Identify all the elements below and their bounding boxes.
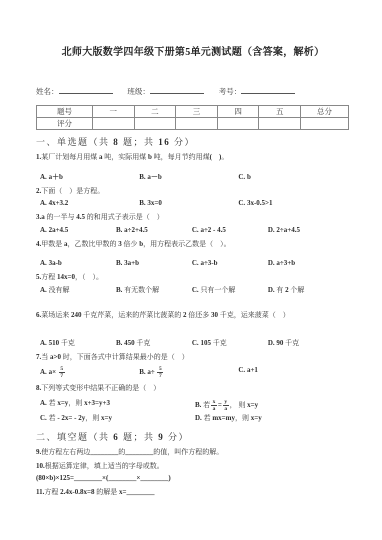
option-item: B. 有无数个解 — [116, 286, 192, 295]
option-item: D. 有 2 个解 — [268, 286, 344, 295]
options-row: A. a× 57B. a÷ 57C. a+1 — [36, 366, 350, 379]
score-row-label: 评分 — [37, 117, 93, 129]
score-cell-empty — [176, 117, 218, 129]
options-row: A. a＋bB. a－bC. b — [36, 173, 350, 182]
score-cell-empty — [217, 117, 259, 129]
question-sections: 一、单选题（共 8 题；共 16 分）1.某厂计划每月用煤 a 吨，实际用煤 b… — [36, 137, 350, 497]
option-item: A. 3a-b — [40, 259, 116, 268]
question-text: 5.方程 14x=0，（ ）。 — [36, 273, 350, 282]
option-item: D. 若 mx=my，则 x=y — [195, 414, 350, 423]
score-cell-empty — [259, 117, 301, 129]
question-fill-line: (80×b)×125=________×(________×________) — [36, 474, 350, 483]
option-item: B. a－b — [139, 173, 238, 182]
exam-no-blank — [241, 86, 295, 94]
score-table: 题号 一 二 三 四 五 总分 评分 — [36, 105, 349, 130]
option-item: C. 3x-0.5>1 — [238, 199, 337, 208]
option-item: C. 若 - 2x= - 2y，则 x=y — [40, 414, 195, 423]
option-item: C. a÷3-b — [192, 259, 268, 268]
option-item: A. 若 x=y，则 x+3=y+3 — [40, 399, 195, 412]
options-row: A. 若 x=y，则 x+3=y+3B. 若xa=ya， 则 x=yC. 若 -… — [36, 397, 350, 423]
section-heading: 一、单选题（共 8 题；共 16 分） — [36, 137, 350, 148]
test-paper-page: 北师大版数学四年级下册第5单元测试题（含答案，解析） 姓名： 班级： 考号： 题… — [0, 0, 382, 540]
fraction: 57 — [157, 366, 163, 379]
question-text: 7.当 a>0 时，下面各式中计算结果最小的是（ ） — [36, 353, 350, 362]
option-item: A. 2a+4.5 — [40, 226, 116, 235]
section-heading: 二、填空题（共 6 题；共 9 分） — [36, 432, 350, 443]
score-header-cell: 一 — [93, 105, 135, 117]
class-blank — [150, 86, 204, 94]
score-header-cell: 二 — [134, 105, 176, 117]
name-label: 姓名： — [36, 87, 59, 96]
options-row: A. 510 千克B. 450 千克C. 105 千克D. 90 千克 — [36, 339, 350, 348]
option-item: C. 只有一个解 — [192, 286, 268, 295]
option-item: A. 4x+3.2 — [40, 199, 139, 208]
question-text: 1.某厂计划每月用煤 a 吨，实际用煤 b 吨，每月节约用煤( )。 — [36, 153, 350, 162]
score-table-score-row: 评分 — [37, 117, 349, 129]
fraction: xa — [211, 399, 217, 412]
option-item: B. a÷2+4.5 — [116, 226, 192, 235]
fraction: 57 — [59, 366, 65, 379]
option-item: C. a÷2 - 4.5 — [192, 226, 268, 235]
name-blank — [59, 86, 113, 94]
fraction: ya — [223, 399, 229, 412]
option-item: A. 510 千克 — [40, 339, 116, 348]
option-item: B. 450 千克 — [116, 339, 192, 348]
option-item: A. a× 57 — [40, 366, 139, 379]
score-cell-empty — [134, 117, 176, 129]
option-item: A. 没有解 — [40, 286, 116, 295]
exam-no-label: 考号： — [219, 87, 242, 96]
option-item: B. a÷ 57 — [139, 366, 238, 379]
score-cell-empty — [301, 117, 349, 129]
option-item: A. a＋b — [40, 173, 139, 182]
question-text: 9.使方程左右两边________的________的值，叫作方程的解。 — [36, 448, 350, 457]
score-header-cell: 总分 — [301, 105, 349, 117]
option-item: C. b — [238, 173, 337, 182]
score-header-cell: 五 — [259, 105, 301, 117]
question-text: 11.方程 2.4x-0.8x=8 的解是 x=________ — [36, 488, 350, 497]
score-header-cell: 题号 — [37, 105, 93, 117]
page-title: 北师大版数学四年级下册第5单元测试题（含答案，解析） — [36, 47, 350, 60]
student-info: 姓名： 班级： 考号： — [36, 86, 350, 96]
options-row: A. 没有解B. 有无数个解C. 只有一个解D. 有 2 个解 — [36, 286, 350, 295]
options-row: A. 3a-bB. 3a+bC. a÷3-bD. a÷3+b — [36, 259, 350, 268]
option-item: B. 若xa=ya， 则 x=y — [195, 399, 350, 412]
class-label: 班级： — [127, 87, 150, 96]
question-text: 8.下列等式变形中结果不正确的是（ ） — [36, 384, 350, 393]
option-item: C. a+1 — [238, 366, 337, 379]
option-item: C. 105 千克 — [192, 339, 268, 348]
question-text: 2.下面（ ）是方程。 — [36, 187, 350, 196]
options-row: A. 4x+3.2B. 3x=0C. 3x-0.5>1 — [36, 199, 350, 208]
option-item: D. 90 千克 — [268, 339, 344, 348]
question-text: 10.根据运算定律，填上适当的字母或数。 — [36, 462, 350, 471]
option-item: D. a÷3+b — [268, 259, 344, 268]
question-text: 6.菜场运来 240 千克芹菜，运来的芹菜比菠菜的 2 倍还多 30 千克，运来… — [36, 311, 350, 320]
question-text: 3.a 的一半与 4.5 的和用式子表示是（ ） — [36, 213, 350, 222]
score-table-header-row: 题号 一 二 三 四 五 总分 — [37, 105, 349, 117]
option-item: B. 3a+b — [116, 259, 192, 268]
score-cell-empty — [93, 117, 135, 129]
question-text: 4.甲数是 a，乙数比甲数的 3 倍少 b，用方程表示乙数是（ ）。 — [36, 240, 350, 249]
score-header-cell: 三 — [176, 105, 218, 117]
option-item: B. 3x=0 — [139, 199, 238, 208]
score-header-cell: 四 — [217, 105, 259, 117]
option-item: D. 2÷a+4.5 — [268, 226, 344, 235]
options-row: A. 2a+4.5B. a÷2+4.5C. a÷2 - 4.5D. 2÷a+4.… — [36, 226, 350, 235]
